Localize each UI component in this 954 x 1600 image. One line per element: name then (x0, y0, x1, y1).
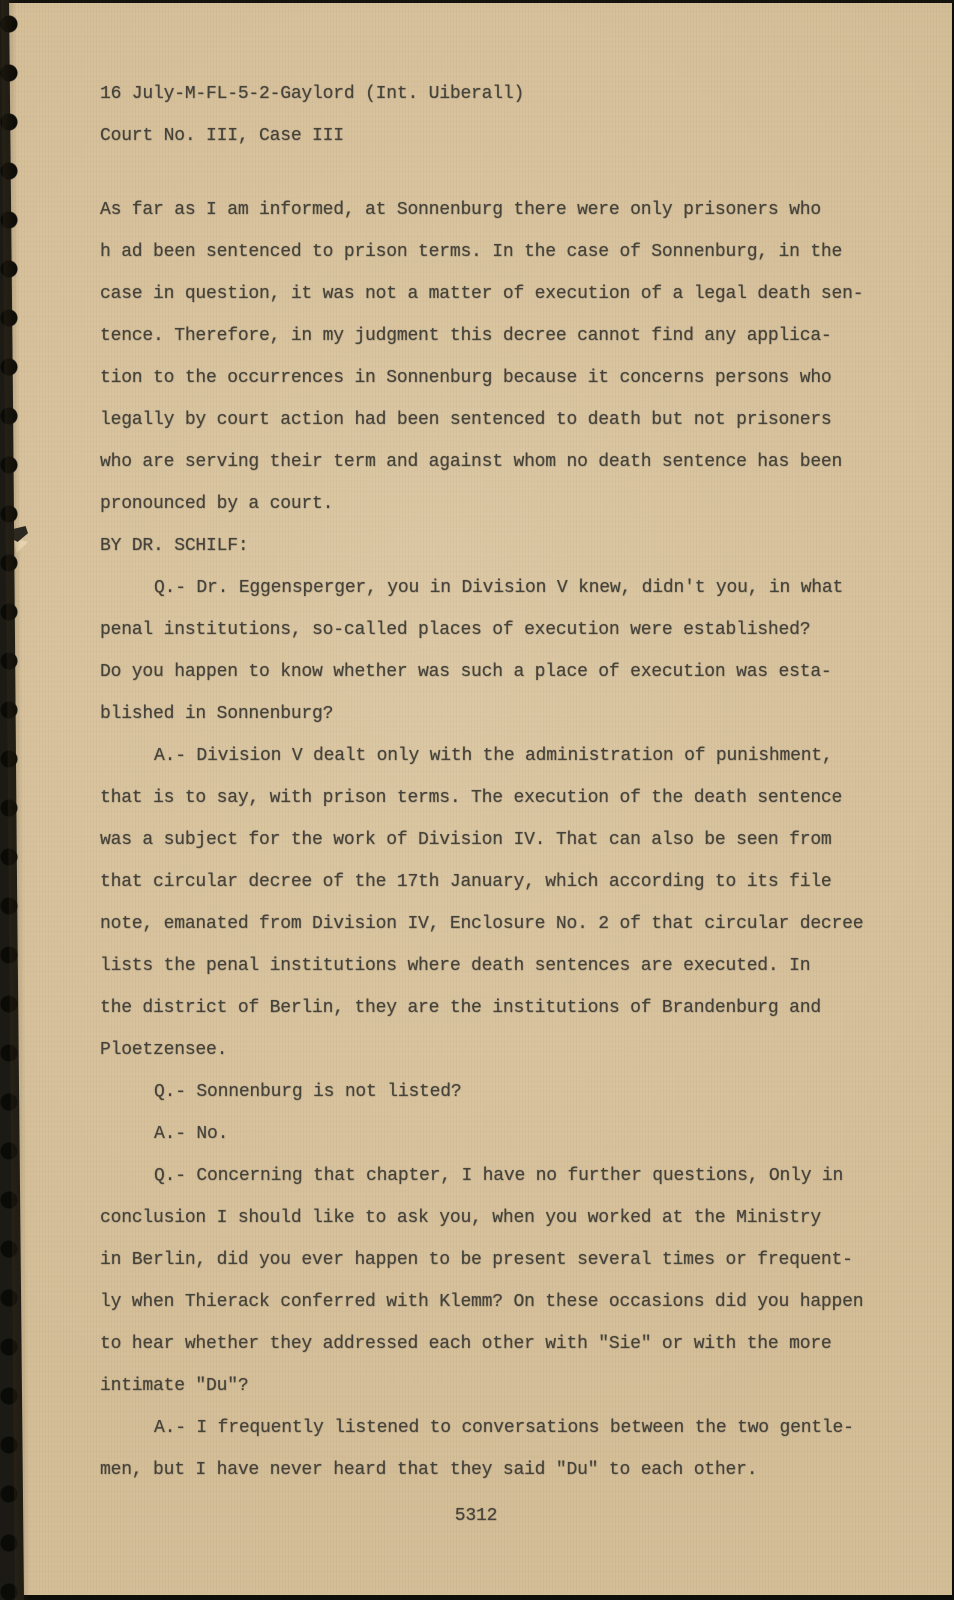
document-line: intimate "Du"? (100, 1365, 920, 1407)
document-header: 16 July-M-FL-5-2-Gaylord (Int. Uiberall)… (100, 73, 524, 157)
header-line-court-case: Court No. III, Case III (100, 115, 524, 157)
document-line: tion to the occurrences in Sonnenburg be… (100, 357, 920, 399)
document-line: h ad been sentenced to prison terms. In … (100, 231, 920, 273)
document-line: men, but I have never heard that they sa… (100, 1449, 920, 1491)
paper-sheet: 16 July-M-FL-5-2-Gaylord (Int. Uiberall)… (0, 3, 952, 1595)
document-line: note, emanated from Division IV, Enclosu… (100, 903, 920, 945)
document-line: that circular decree of the 17th January… (100, 861, 920, 903)
document-line: BY DR. SCHILF: (100, 525, 920, 567)
document-line: Do you happen to know whether was such a… (100, 651, 920, 693)
document-line: who are serving their term and against w… (100, 441, 920, 483)
document-line: case in question, it was not a matter of… (100, 273, 920, 315)
document-body: As far as I am informed, at Sonnenburg t… (100, 189, 920, 1491)
document-line: ly when Thierack conferred with Klemm? O… (100, 1281, 920, 1323)
document-line: lists the penal institutions where death… (100, 945, 920, 987)
document-line: As far as I am informed, at Sonnenburg t… (100, 189, 920, 231)
page-number: 5312 (0, 1501, 952, 1531)
document-line: in Berlin, did you ever happen to be pre… (100, 1239, 920, 1281)
document-line: the district of Berlin, they are the ins… (100, 987, 920, 1029)
document-line: A.- No. (100, 1113, 920, 1155)
document-line: tence. Therefore, in my judgment this de… (100, 315, 920, 357)
scanned-document-page: 16 July-M-FL-5-2-Gaylord (Int. Uiberall)… (0, 0, 954, 1600)
document-line: Q.- Sonnenburg is not listed? (100, 1071, 920, 1113)
document-line: Ploetzensee. (100, 1029, 920, 1071)
document-line: pronounced by a court. (100, 483, 920, 525)
document-line: that is to say, with prison terms. The e… (100, 777, 920, 819)
document-line: was a subject for the work of Division I… (100, 819, 920, 861)
header-line-document-id: 16 July-M-FL-5-2-Gaylord (Int. Uiberall) (100, 73, 524, 115)
document-line: blished in Sonnenburg? (100, 693, 920, 735)
document-line: penal institutions, so-called places of … (100, 609, 920, 651)
document-line: A.- I frequently listened to conversatio… (100, 1407, 920, 1449)
document-line: Q.- Concerning that chapter, I have no f… (100, 1155, 920, 1197)
document-line: A.- Division V dealt only with the admin… (100, 735, 920, 777)
document-line: conclusion I should like to ask you, whe… (100, 1197, 920, 1239)
document-line: legally by court action had been sentenc… (100, 399, 920, 441)
document-line: Q.- Dr. Eggensperger, you in Division V … (100, 567, 920, 609)
document-line: to hear whether they addressed each othe… (100, 1323, 920, 1365)
